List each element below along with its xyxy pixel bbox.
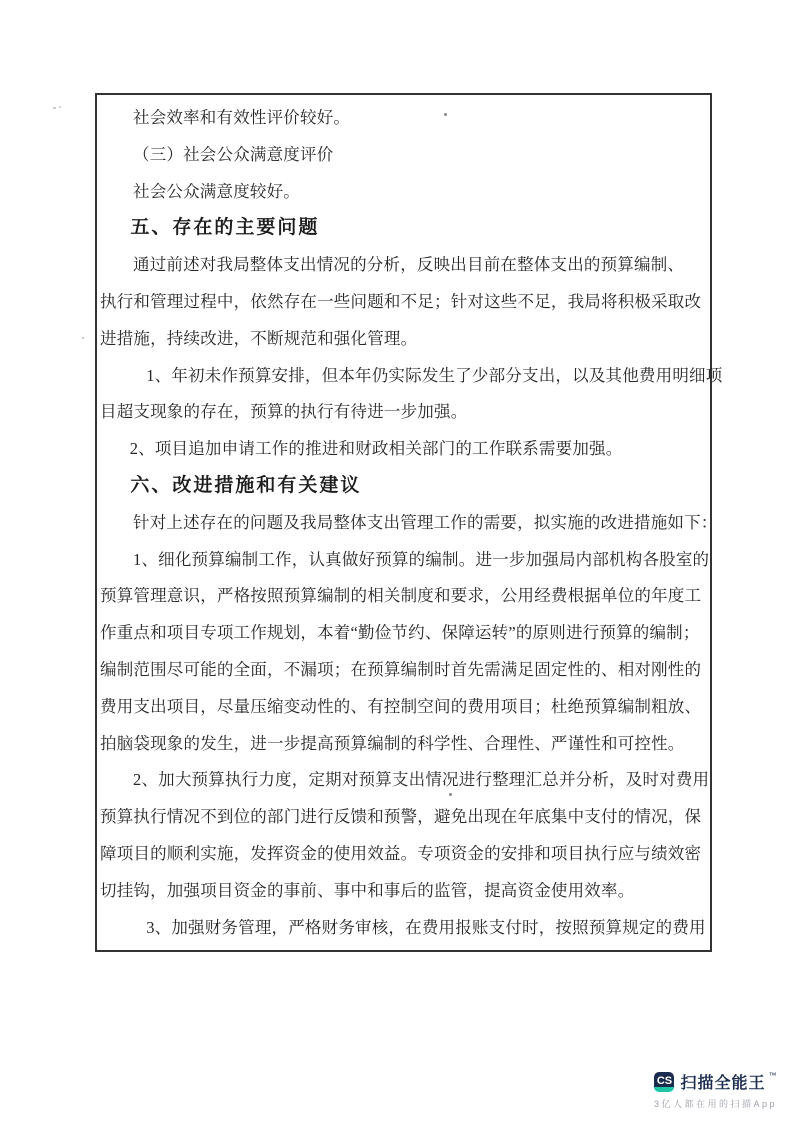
document-line: 社会效率和有效性评价较好。 xyxy=(100,100,708,137)
section-heading: 六、改进措施和有关建议 xyxy=(100,468,708,505)
watermark-logo-row: CS 扫描全能王 ™ xyxy=(654,1070,776,1093)
trademark-symbol: ™ xyxy=(768,1071,776,1080)
document-line: 作重点和项目专项工作规划，本着“勤俭节约、保障运转”的原则进行预算的编制； xyxy=(100,615,708,652)
camscanner-logo-icon: CS xyxy=(654,1072,674,1092)
document-line: 目超支现象的存在，预算的执行有待进一步加强。 xyxy=(100,394,708,431)
document-line: 执行和管理过程中，依然存在一些问题和不足；针对这些不足，我局将积极采取改 xyxy=(100,284,708,321)
document-line: 切挂钩，加强项目资金的事前、事中和事后的监管，提高资金使用效率。 xyxy=(100,873,708,910)
scan-speck xyxy=(82,337,84,339)
document-line: 3、加强财务管理，严格财务审核，在费用报账支付时，按照预算规定的费用 xyxy=(100,910,708,947)
section-heading: 五、存在的主要问题 xyxy=(100,210,708,247)
document-line: 预算执行情况不到位的部门进行反馈和预警，避免出现在年底集中支付的情况，保 xyxy=(100,799,708,836)
document-line: （三）社会公众满意度评价 xyxy=(100,137,708,174)
document-line: 2、加大预算执行力度，定期对预算支出情况进行整理汇总并分析，及时对费用 xyxy=(100,762,708,799)
document-line: 拍脑袋现象的发生，进一步提高预算编制的科学性、合理性、严谨性和可控性。 xyxy=(100,726,708,763)
document-line: 进措施，持续改进，不断规范和强化管理。 xyxy=(100,321,708,358)
document-line: 针对上述存在的问题及我局整体支出管理工作的需要，拟实施的改进措施如下： xyxy=(100,505,708,542)
scan-speck xyxy=(444,113,447,116)
watermark-app-name: 扫描全能王 xyxy=(680,1070,765,1093)
camscanner-watermark: CS 扫描全能王 ™ 3亿人都在用的扫描App xyxy=(654,1070,777,1110)
document-line: 障项目的顺利实施，发挥资金的使用效益。专项资金的安排和项目执行应与绩效密 xyxy=(100,836,708,873)
document-line: 1、细化预算编制工作，认真做好预算的编制。进一步加强局内部机构各股室的 xyxy=(100,542,708,579)
document-line: 费用支出项目，尽量压缩变动性的、有控制空间的费用项目；杜绝预算编制粗放、 xyxy=(100,689,708,726)
document-line: 编制范围尽可能的全面，不漏项；在预算编制时首先需满足固定性的、相对刚性的 xyxy=(100,652,708,689)
document-line: 预算管理意识，严格按照预算编制的相关制度和要求，公用经费根据单位的年度工 xyxy=(100,578,708,615)
watermark-tagline: 3亿人都在用的扫描App xyxy=(654,1097,777,1110)
document-line: 通过前述对我局整体支出情况的分析，反映出目前在整体支出的预算编制、 xyxy=(100,247,708,284)
scan-speck xyxy=(53,107,56,109)
document-line: 2、项目追加申请工作的推进和财政相关部门的工作联系需要加强。 xyxy=(100,431,708,468)
scan-speck xyxy=(449,793,452,796)
document-frame: 社会效率和有效性评价较好。（三）社会公众满意度评价社会公众满意度较好。五、存在的… xyxy=(95,93,712,952)
document-line: 1、年初未作预算安排，但本年仍实际发生了少部分支出，以及其他费用明细项 xyxy=(100,358,708,395)
scan-speck xyxy=(59,106,61,108)
document-line: 社会公众满意度较好。 xyxy=(100,174,708,211)
